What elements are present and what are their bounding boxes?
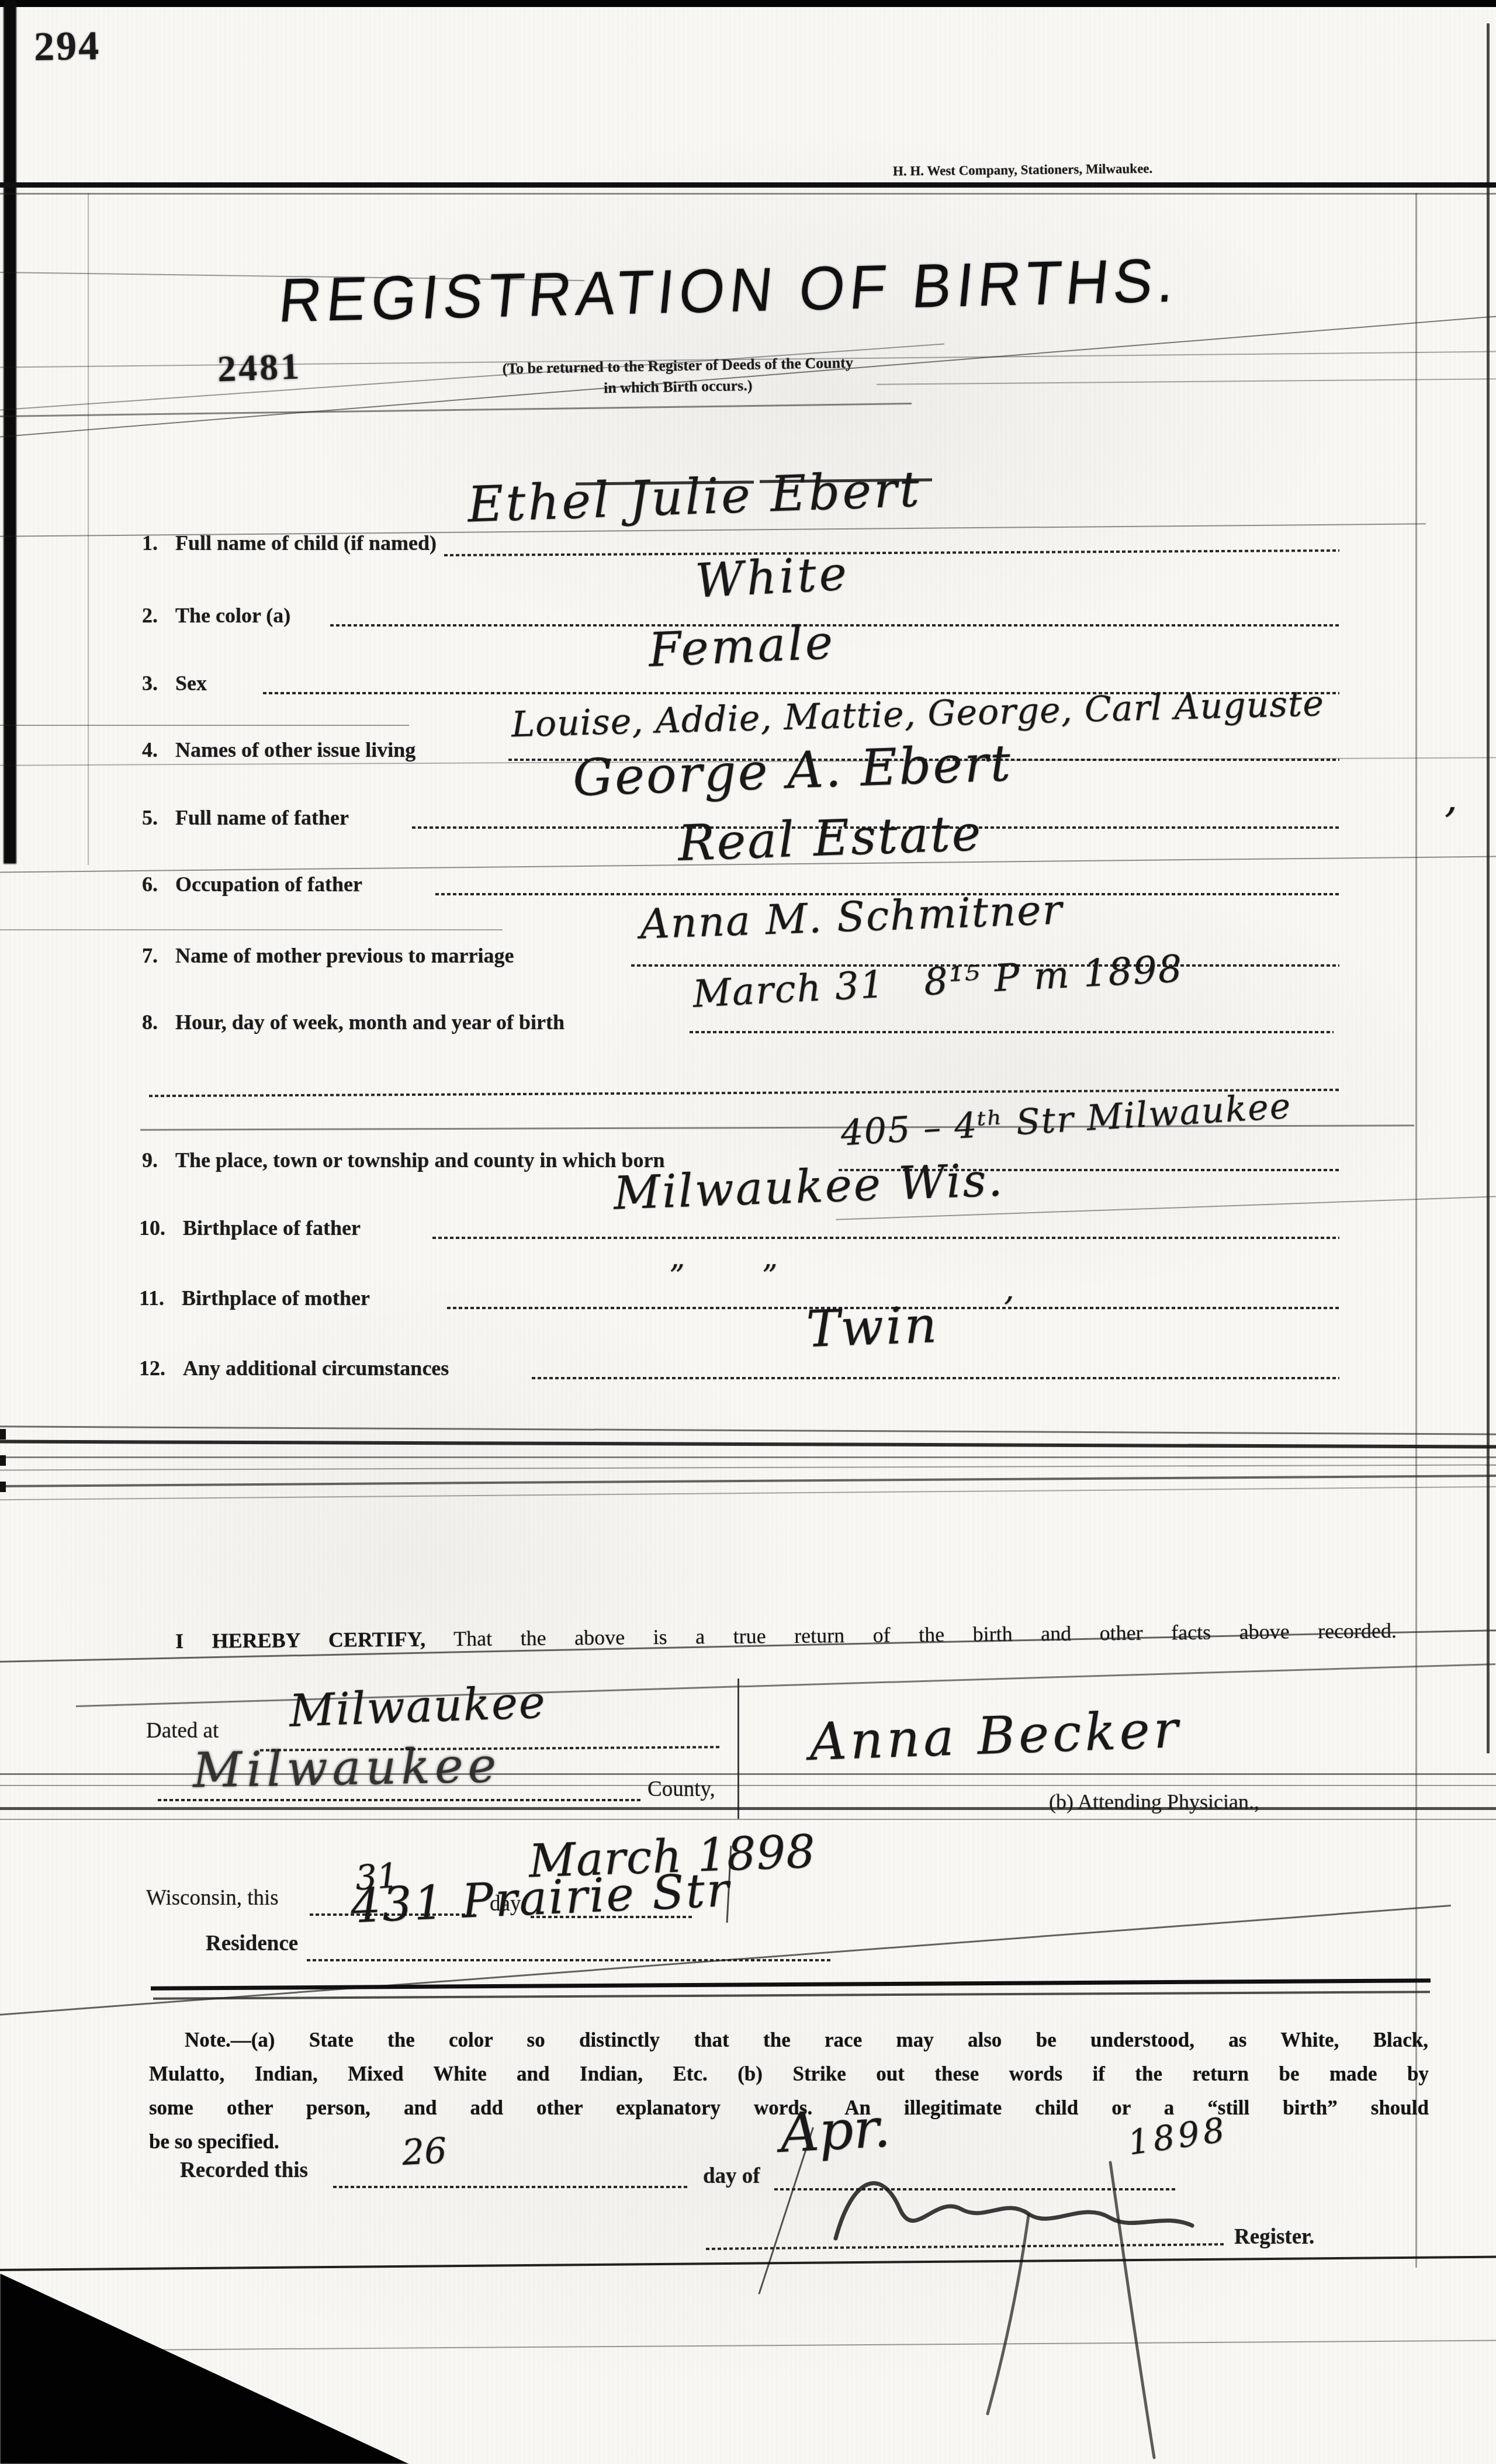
bottom-rule xyxy=(0,2255,1496,2271)
certify-heading-strong: I HEREBY CERTIFY, xyxy=(175,1627,426,1653)
scan-line-diagonal xyxy=(0,1905,1451,2017)
state-line-label: Wisconsin, this xyxy=(146,1885,279,1911)
fold-line-right xyxy=(1415,193,1417,2268)
scan-line xyxy=(0,929,503,930)
field-label-11: 11.Birthplace of mother xyxy=(139,1286,370,1310)
recorded-day-line xyxy=(333,2186,688,2188)
header-rule xyxy=(0,182,1496,188)
header-rule-echo xyxy=(0,193,1496,195)
field-number: 3. xyxy=(142,671,158,695)
field-value-3: Female xyxy=(647,619,836,674)
form-title: REGISTRATION OF BIRTHS. xyxy=(276,245,1183,337)
field-value-11: ” ” xyxy=(669,1261,777,1292)
note-line-1: Note.—(a) State the color so distinctly … xyxy=(185,2023,1428,2057)
column-divider xyxy=(737,1679,739,1819)
field-value-5: George A. Ebert xyxy=(572,738,1013,804)
residence-value: 431 Prairie Str xyxy=(350,1867,732,1930)
field-label-2: 2.The color (a) xyxy=(142,603,290,628)
field-number: 11. xyxy=(139,1286,164,1310)
pen-mark: , xyxy=(1445,777,1457,818)
scan-line xyxy=(0,403,912,417)
top-edge-artifact xyxy=(0,0,1496,7)
edge-nub xyxy=(0,1429,6,1439)
field-value-10: Milwaukee Wis. xyxy=(613,1157,1005,1216)
scan-band-line xyxy=(0,1475,1496,1487)
field-value-1: Ethel Julie Ebert xyxy=(467,464,923,529)
field-number: 5. xyxy=(142,805,158,830)
recorded-label: Recorded this xyxy=(180,2158,308,2183)
field-number: 10. xyxy=(139,1216,165,1240)
field-label-9: 9.The place, town or township and county… xyxy=(142,1148,665,1172)
register-label: Register. xyxy=(1234,2224,1314,2250)
field-line-2 xyxy=(330,624,1339,627)
field-number: 2. xyxy=(142,603,158,628)
birth-registration-scan: 294 H. H. West Company, Stationers, Milw… xyxy=(0,0,1496,2464)
field-label-5: 5.Full name of father xyxy=(142,805,349,830)
field-value-4: Louise, Addie, Mattie, George, Carl Augu… xyxy=(511,686,1324,742)
county-line xyxy=(158,1799,642,1801)
field-label-1: 1.Full name of child (if named) xyxy=(142,531,437,555)
scan-band-line xyxy=(0,1425,1496,1435)
field-number: 8. xyxy=(142,1010,158,1034)
dated-at-label: Dated at xyxy=(146,1718,219,1743)
field-line-1 xyxy=(444,549,1339,556)
certificate-number-stamp: 2481 xyxy=(217,345,302,391)
field-label-6: 6.Occupation of father xyxy=(142,872,362,897)
left-edge-artifact xyxy=(4,0,16,864)
corner-fold-artifact xyxy=(0,2273,409,2464)
field-value-12: Twin xyxy=(806,1300,940,1355)
county-label: County, xyxy=(647,1777,715,1802)
recorded-day-value: 26 xyxy=(401,2133,447,2171)
scan-line xyxy=(0,725,409,726)
field-value-2: White xyxy=(694,550,851,605)
field-value-9: 405 – 4ᵗʰ Str Milwaukee xyxy=(840,1088,1293,1151)
field-number: 1. xyxy=(142,531,158,555)
residence-line xyxy=(307,1959,833,1961)
field-number: 4. xyxy=(142,738,158,762)
field-value-8: March 31 8¹⁵ P m 1898 xyxy=(692,950,1184,1013)
edge-nub xyxy=(0,1482,6,1492)
field-label-3: 3.Sex xyxy=(142,671,207,695)
field-line-12 xyxy=(532,1377,1339,1379)
field-label-7: 7.Name of mother previous to marriage xyxy=(142,943,514,968)
section-rule-top xyxy=(151,1978,1431,1990)
residence-label: Residence xyxy=(206,1931,298,1956)
field-value-6: Real Estate xyxy=(677,808,984,868)
note-line-2: Mulatto, Indian, Mixed White and Indian,… xyxy=(149,2057,1429,2091)
scan-line xyxy=(877,378,1496,385)
physician-signature: Anna Becker xyxy=(809,1704,1183,1768)
scan-line xyxy=(0,1785,1496,1786)
day-of-label: day of xyxy=(703,2164,760,2189)
scan-band-line xyxy=(0,1465,1496,1471)
field-value-7: Anna M. Schmitner xyxy=(639,889,1064,944)
scan-band-line xyxy=(0,1456,1496,1458)
right-edge-rule xyxy=(1487,23,1490,1753)
scan-line xyxy=(0,1773,1496,1775)
printer-imprint: H. H. West Company, Stationers, Milwauke… xyxy=(893,161,1153,179)
field-line-10 xyxy=(432,1237,1339,1239)
field-label-8: 8.Hour, day of week, month and year of b… xyxy=(142,1010,565,1034)
register-signature xyxy=(818,2139,1239,2464)
edge-nub xyxy=(0,1455,6,1466)
scan-band-line xyxy=(0,1440,1496,1449)
section-rule-bottom xyxy=(153,1991,1430,1999)
scan-line xyxy=(82,2340,1496,2351)
field-number: 9. xyxy=(142,1148,158,1172)
county-handwritten: Milwaukee xyxy=(192,1742,501,1795)
field-label-12: 12.Any additional circumstances xyxy=(139,1356,449,1380)
field-number: 12. xyxy=(139,1356,165,1380)
field-label-4: 4.Names of other issue living xyxy=(142,738,415,762)
physician-label: (b) Attending Physician., xyxy=(1049,1790,1259,1814)
field-number: 7. xyxy=(142,943,158,968)
field-label-10: 10.Birthplace of father xyxy=(139,1216,361,1240)
return-instruction: (To be returned to the Register of Deeds… xyxy=(408,351,947,402)
field-number: 6. xyxy=(142,872,158,897)
dated-at-value: Milwaukee xyxy=(289,1680,547,1733)
field-line-8 xyxy=(690,1031,1334,1033)
scan-band-line xyxy=(0,1486,1496,1500)
scan-line xyxy=(0,1819,1496,1820)
page-number: 294 xyxy=(33,23,101,71)
scan-line xyxy=(0,1807,1496,1810)
pen-mark: , xyxy=(1004,1273,1014,1306)
